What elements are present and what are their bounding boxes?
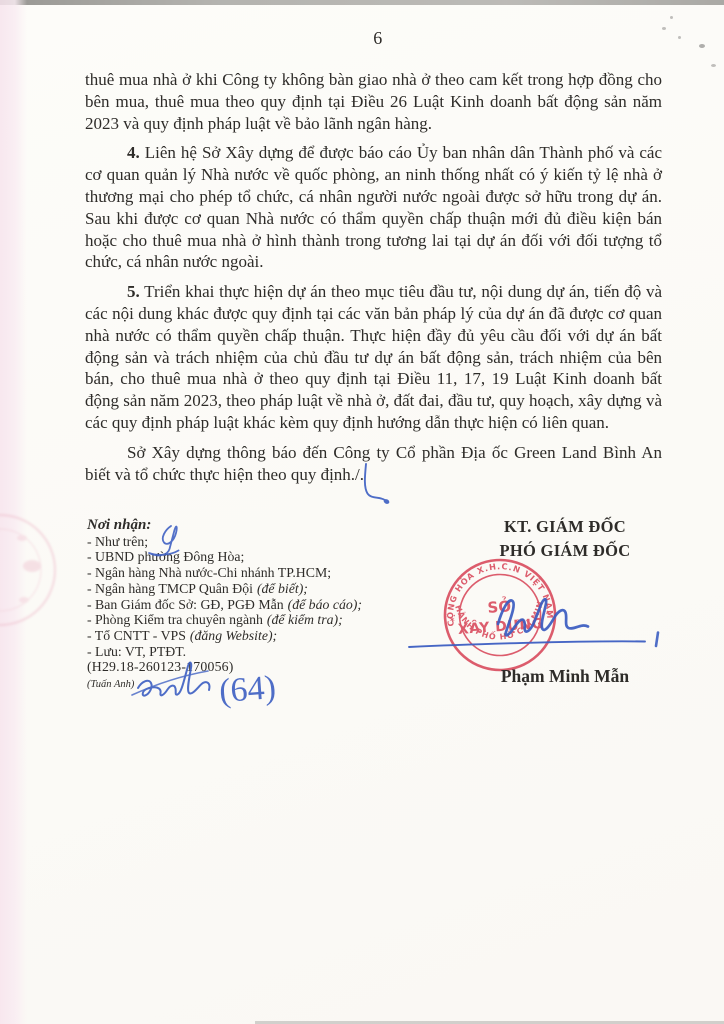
bleed-through-stamp [0,500,76,642]
scan-speck [711,64,716,67]
paragraph-text: Liên hệ Sở Xây dựng để được báo cáo Ủy b… [85,143,662,271]
signer-title-line1: KT. GIÁM ĐỐC [415,515,715,539]
page-number: 6 [16,28,724,49]
recipient-item: - UBND phường Đông Hòa; [87,549,407,565]
recipients-header: Nơi nhận: [87,518,407,534]
signer-name: Phạm Minh Mẫn [415,666,715,687]
stamp-star-left-icon: ✶ [449,615,456,624]
recipient-item: - Tổ CNTT - VPS(đăng Website); [87,628,407,644]
signature-underline [402,630,670,654]
document-body: thuê mua nhà ở khi Công ty không bàn gia… [85,69,662,493]
paragraph-number: 5. [127,282,140,301]
recipient-item: - Như trên; [87,534,407,550]
handwritten-flourish-end-of-text [350,460,402,512]
paragraph-item-4: 4. Liên hệ Sở Xây dựng để được báo cáo Ủ… [85,142,662,273]
paragraph-text: thuê mua nhà ở khi Công ty không bàn gia… [85,70,662,133]
recipient-item: - Ban Giám đốc Sở: GĐ, PGĐ Mẫn(để báo cá… [87,597,407,613]
paragraph-continuation: thuê mua nhà ở khi Công ty không bàn gia… [85,69,662,134]
handwritten-initial-noi-nhan [140,514,200,564]
recipient-item: - Phòng Kiểm tra chuyên ngành(để kiểm tr… [87,612,407,628]
recipient-item: - Ngân hàng TMCP Quân Đội(để biết); [87,581,407,597]
scan-speck [670,16,673,19]
paragraph-number: 4. [127,143,140,162]
scan-edge-top [0,0,724,5]
handwritten-drafter-signature: (64) [128,658,298,718]
paragraph-text: Triển khai thực hiện dự án theo mục tiêu… [85,282,662,432]
recipient-item: - Ngân hàng Nhà nước-Chi nhánh TP.HCM; [87,565,407,581]
paragraph-item-5: 5. Triển khai thực hiện dự án theo mục t… [85,281,662,434]
recipient-item: - Lưu: VT, PTĐT. [87,644,407,660]
handwritten-page-note: (64) [218,669,277,710]
scanned-document-page: 6 thuê mua nhà ở khi Công ty không bàn g… [0,0,724,1024]
